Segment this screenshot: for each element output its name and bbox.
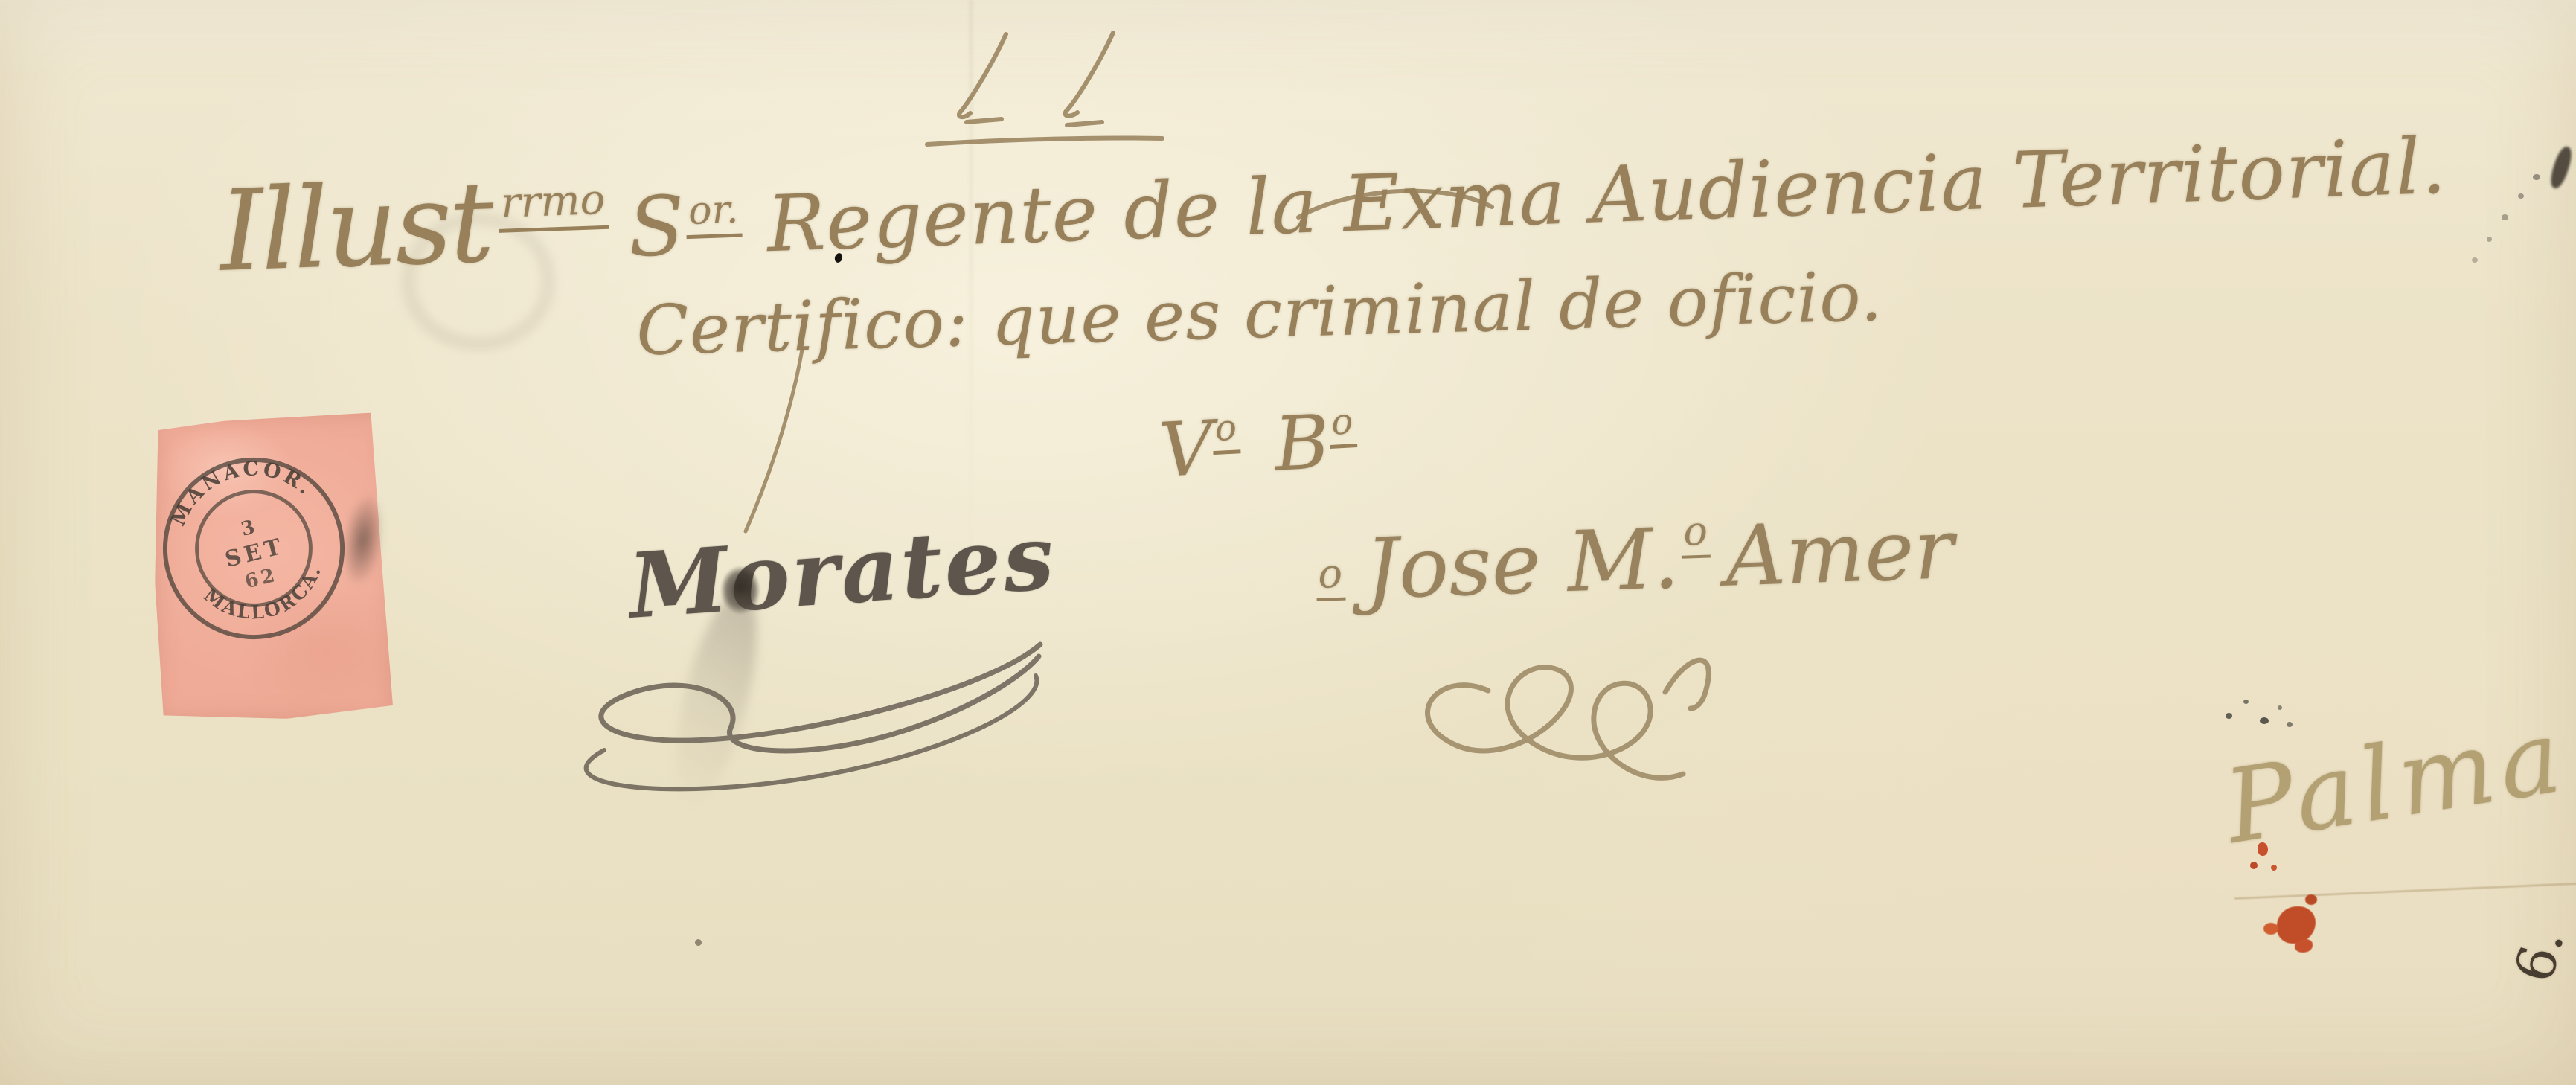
flourish-dash-right: [1067, 122, 1102, 125]
certifico-descender: [746, 350, 802, 531]
corner-number-mark: 6.: [2502, 923, 2576, 988]
visto-b: B: [1272, 398, 1332, 488]
address-illust-superscript: rrmo: [497, 176, 609, 233]
letter-paper: MANACOR. MALLORCA. 3 SET 62: [0, 0, 2576, 1085]
wax-blotch-large: [2262, 893, 2329, 956]
right-signature-rubric: [1427, 668, 1683, 778]
visto-b-superscript: o: [1327, 400, 1357, 449]
edge-smudge-trail: [2455, 171, 2552, 275]
signature-right-superscript: o: [1680, 507, 1711, 558]
signature-right-surname: Amer: [1724, 501, 1955, 606]
visto-v: V: [1157, 404, 1215, 494]
edge-ink-mark: [2548, 144, 2575, 190]
postmark-year: 62: [243, 564, 280, 594]
flourish-stroke-left: [959, 34, 1006, 117]
address-senor: S: [627, 178, 686, 275]
postmark-month: SET: [222, 533, 287, 573]
visto-bueno: V o B o: [1157, 397, 1359, 494]
ink-speck-small: [695, 939, 702, 946]
postmark-day: 3: [239, 516, 259, 541]
visto-v-superscript: o: [1211, 406, 1241, 455]
signature-right: o Jose M. o Amer: [1314, 501, 1955, 620]
signature-left: Morates: [626, 505, 1060, 639]
signature-right-lead-mark: o: [1315, 550, 1345, 601]
signature-right-name: Jose M.: [1363, 511, 1680, 618]
flourish-stroke-right: [1065, 33, 1113, 116]
address-illust: Illust: [217, 158, 493, 297]
address-line: Illust rrmo S or. Regente de la Exma Aud…: [217, 90, 2448, 297]
left-signature-rubric: [601, 644, 1040, 751]
destination-palma: Palma: [2217, 697, 2574, 867]
flourish-dash-left: [967, 119, 1002, 122]
right-signature-hook: [1665, 660, 1708, 708]
black-specks: [2221, 692, 2303, 744]
address-senor-superscript: or.: [685, 188, 742, 240]
diagonal-crease: [2234, 883, 2576, 900]
address-text: Regente de la Exma Audiencia Territorial…: [766, 121, 2448, 270]
left-signature-underflourish: [586, 676, 1037, 789]
